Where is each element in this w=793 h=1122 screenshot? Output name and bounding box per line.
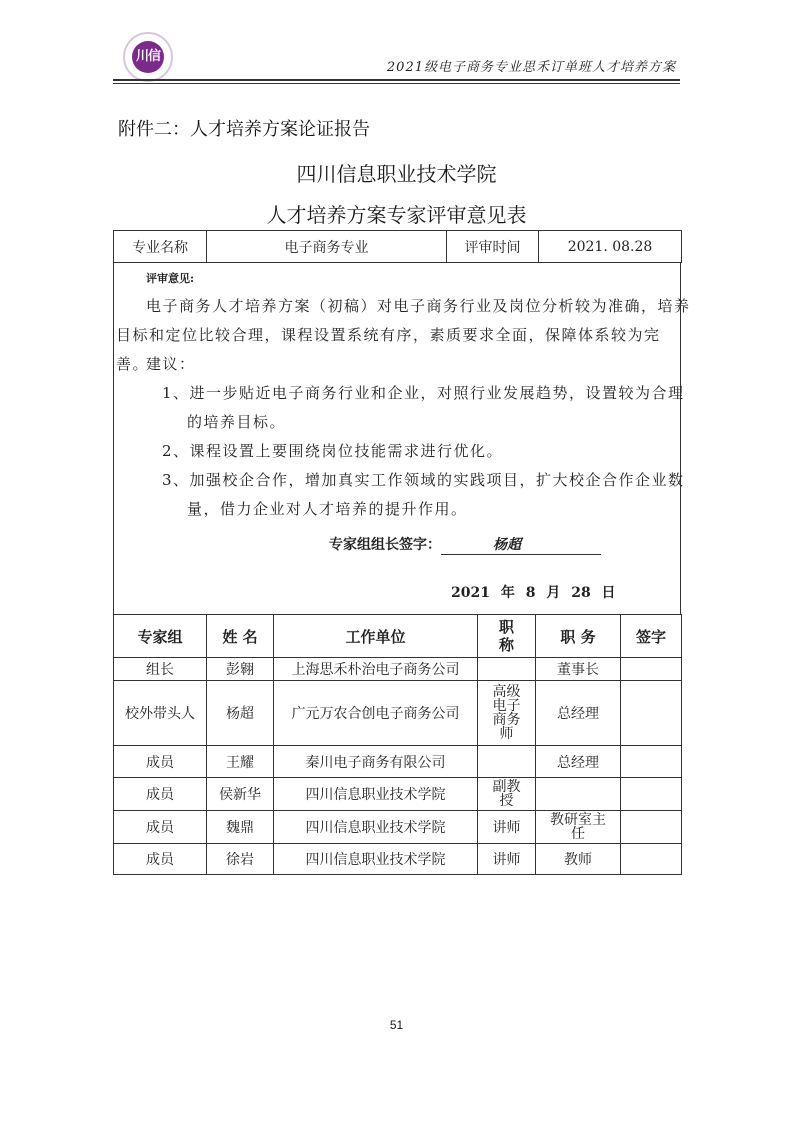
info-row: 专业名称 电子商务专业 评审时间 2021. 08.28 [114,231,682,263]
header-divider [113,79,680,81]
table-row: 成员 王耀 秦川电子商务有限公司 总经理 [114,746,682,778]
col-header-title: 职称 [478,615,536,658]
cell-name: 彭翱 [207,658,274,681]
suggestion-item-cont: 量，借力企业对人才培养的提升作用。 [187,495,747,524]
opinion-label: 评审意见: [146,270,194,286]
cell-org: 上海思禾朴治电子商务公司 [274,658,478,681]
suggestion-label: 建议： [146,350,706,379]
suggestion-item: 3、加强校企合作，增加真实工作领域的实践项目，扩大校企合作企业数 [162,466,722,495]
cell-title: 副教授 [478,778,536,811]
col-header-name: 姓 名 [207,615,274,658]
page-header: 川信 2021级电子商务专业思禾订单班人才培养方案 [113,28,680,86]
cell-position: 总经理 [536,681,621,746]
cell-org: 秦川电子商务有限公司 [274,746,478,778]
cell-sign [621,658,682,681]
col-header-position: 职 务 [536,615,621,658]
table-row: 成员 魏鼎 四川信息职业技术学院 讲师 教研室主任 [114,811,682,844]
header-divider-thin [113,83,680,84]
suggestion-item: 1、进一步贴近电子商务行业和企业，对照行业发展趋势，设置较为合理 [162,379,722,408]
signature-name: 杨超 [441,534,601,555]
sign-date: 2021 年 8 月 28 日 [451,582,616,602]
table-header-row: 专家组 姓 名 工作单位 职称 职 务 签字 [114,615,682,658]
cell-role: 校外带头人 [114,681,207,746]
cell-name: 杨超 [207,681,274,746]
signature-label: 专家组组长签字： [329,537,441,553]
college-logo: 川信 [123,32,173,82]
review-date-label: 评审时间 [447,231,539,263]
cell-role: 组长 [114,658,207,681]
suggestion-item: 2、课程设置上要围绕岗位技能需求进行优化。 [162,437,722,466]
members-table: 专家组 姓 名 工作单位 职称 职 务 签字 组长 彭翱 上海思禾朴治电子商务公… [113,614,682,875]
col-header-org: 工作单位 [274,615,478,658]
cell-sign [621,681,682,746]
cell-title: 讲师 [478,844,536,875]
info-table: 专业名称 电子商务专业 评审时间 2021. 08.28 [113,230,682,263]
cell-position [536,778,621,811]
logo-icon: 川信 [132,41,164,73]
cell-position: 教研室主任 [536,811,621,844]
cell-org: 广元万农合创电子商务公司 [274,681,478,746]
cell-title: 高级电子商务师 [478,681,536,746]
cell-position: 教师 [536,844,621,875]
opinion-section: 评审意见: 电子商务人才培养方案（初稿）对电子商务行业及岗位分析较为准确，培养 … [113,262,681,615]
annex-title: 附件二：人才培养方案论证报告 [118,115,370,141]
cell-role: 成员 [114,778,207,811]
suggestion-item-cont: 的培养目标。 [187,408,747,437]
form-title: 人才培养方案专家评审意见表 [0,199,793,228]
cell-name: 王耀 [207,746,274,778]
cell-title [478,658,536,681]
cell-sign [621,844,682,875]
col-header-group: 专家组 [114,615,207,658]
table-row: 成员 侯新华 四川信息职业技术学院 副教授 [114,778,682,811]
col-header-sign: 签字 [621,615,682,658]
review-date-value: 2021. 08.28 [539,231,682,263]
cell-role: 成员 [114,844,207,875]
summary-line: 电子商务人才培养方案（初稿）对电子商务行业及岗位分析较为准确，培养 [146,292,706,321]
major-label: 专业名称 [114,231,207,263]
cell-org: 四川信息职业技术学院 [274,778,478,811]
cell-org: 四川信息职业技术学院 [274,811,478,844]
cell-sign [621,778,682,811]
cell-sign [621,811,682,844]
cell-title: 讲师 [478,811,536,844]
cell-org: 四川信息职业技术学院 [274,844,478,875]
table-row: 成员 徐岩 四川信息职业技术学院 讲师 教师 [114,844,682,875]
table-row: 组长 彭翱 上海思禾朴治电子商务公司 董事长 [114,658,682,681]
cell-name: 侯新华 [207,778,274,811]
header-title: 2021级电子商务专业思禾订单班人才培养方案 [387,56,676,75]
cell-position: 总经理 [536,746,621,778]
cell-title [478,746,536,778]
cell-sign [621,746,682,778]
cell-position: 董事长 [536,658,621,681]
cell-name: 徐岩 [207,844,274,875]
page-number: 51 [0,1018,793,1032]
major-value: 电子商务专业 [207,231,447,263]
table-row: 校外带头人 杨超 广元万农合创电子商务公司 高级电子商务师 总经理 [114,681,682,746]
cell-role: 成员 [114,746,207,778]
leader-signature: 专家组组长签字：杨超 [329,534,601,555]
cell-role: 成员 [114,811,207,844]
institution-name: 四川信息职业技术学院 [0,158,793,187]
cell-name: 魏鼎 [207,811,274,844]
